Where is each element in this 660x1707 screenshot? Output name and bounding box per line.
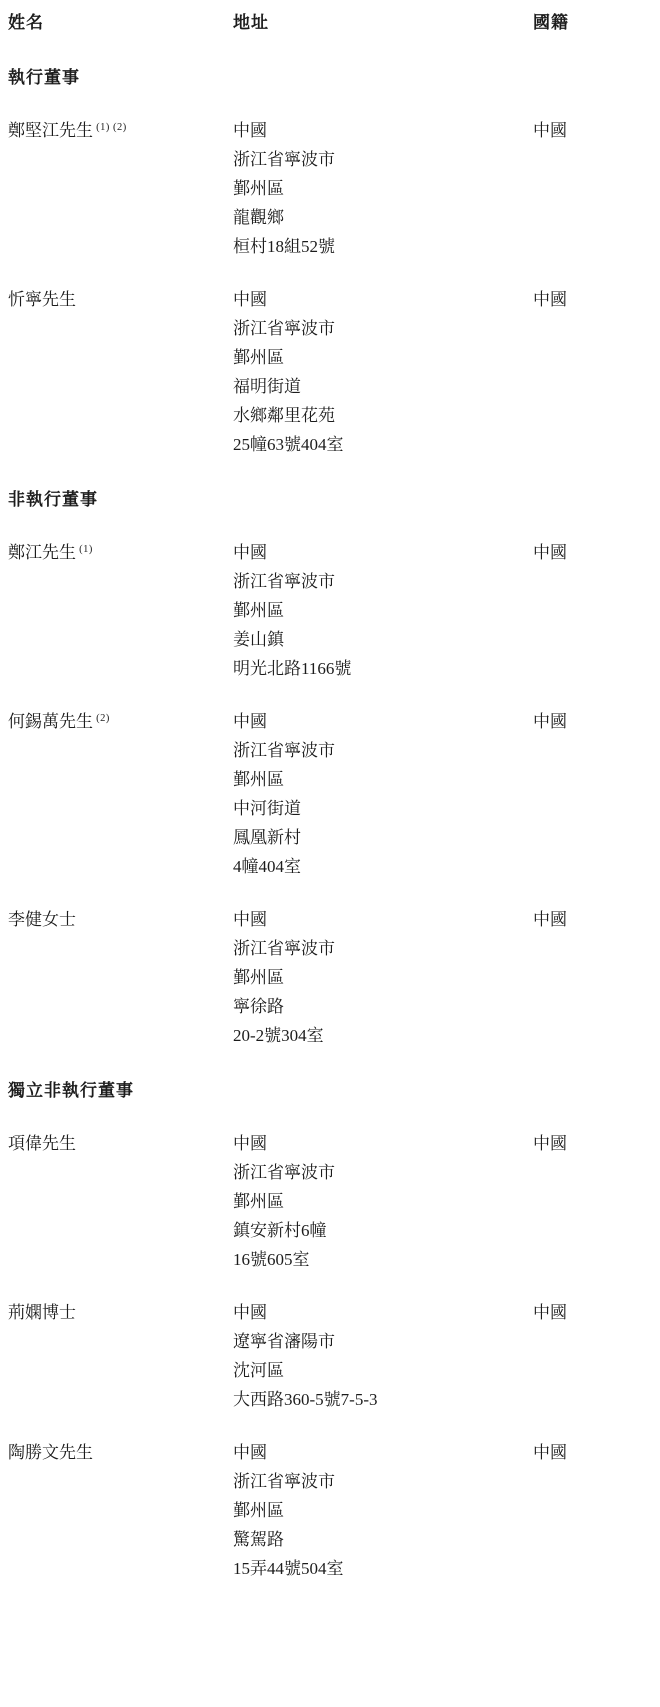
director-address-line: 中國: [233, 116, 533, 145]
director-address-line: 鳳凰新村: [233, 823, 533, 852]
director-address-line: 20-2號304室: [233, 1021, 533, 1050]
director-address: 中國浙江省寧波市鄞州區龍觀鄉桓村18組52號: [233, 116, 533, 261]
director-address-line: 鄞州區: [233, 1187, 533, 1216]
director-address-line: 龍觀鄉: [233, 203, 533, 232]
director-address-line: 驚駕路: [233, 1525, 533, 1554]
director-footnote-marker: (2): [93, 713, 110, 724]
director-address-line: 15弄44號504室: [233, 1554, 533, 1583]
director-address-line: 明光北路1166號: [233, 654, 533, 683]
director-name-text: 忻寧先生: [8, 290, 76, 309]
director-nationality: 中國: [533, 1129, 660, 1274]
director-address-line: 遼寧省瀋陽市: [233, 1327, 533, 1356]
director-row: 忻寧先生中國浙江省寧波市鄞州區福明街道水鄉鄰里花苑25幢63號404室中國: [0, 285, 660, 459]
director-name-text: 鄭江先生: [8, 543, 76, 562]
director-nationality: 中國: [533, 1438, 660, 1583]
director-name-text: 鄭堅江先生: [8, 121, 93, 140]
director-name: 鄭堅江先生 (1) (2): [8, 116, 233, 261]
director-address-line: 浙江省寧波市: [233, 934, 533, 963]
director-address-line: 浙江省寧波市: [233, 567, 533, 596]
section-title: 執行董事: [0, 63, 660, 92]
director-address-line: 鄞州區: [233, 174, 533, 203]
director-nationality: 中國: [533, 905, 660, 1050]
column-header-address: 地址: [233, 8, 533, 37]
director-address-line: 中河街道: [233, 794, 533, 823]
director-address: 中國浙江省寧波市鄞州區福明街道水鄉鄰里花苑25幢63號404室: [233, 285, 533, 459]
director-address-line: 沈河區: [233, 1356, 533, 1385]
director-address-line: 鄞州區: [233, 596, 533, 625]
director-footnote-marker: (1) (2): [93, 122, 127, 133]
director-row: 李健女士中國浙江省寧波市鄞州區寧徐路20-2號304室中國: [0, 905, 660, 1050]
director-address: 中國浙江省寧波市鄞州區中河街道鳳凰新村4幢404室: [233, 707, 533, 881]
director-address-line: 中國: [233, 1129, 533, 1158]
director-address-line: 4幢404室: [233, 852, 533, 881]
director-name: 何錫萬先生 (2): [8, 707, 233, 881]
director-address-line: 姜山鎮: [233, 625, 533, 654]
director-footnote-marker: (1): [76, 544, 93, 555]
director-address: 中國浙江省寧波市鄞州區寧徐路20-2號304室: [233, 905, 533, 1050]
director-address-line: 25幢63號404室: [233, 430, 533, 459]
director-address: 中國浙江省寧波市鄞州區驚駕路15弄44號504室: [233, 1438, 533, 1583]
director-address-line: 鄞州區: [233, 963, 533, 992]
director-row: 陶勝文先生中國浙江省寧波市鄞州區驚駕路15弄44號504室中國: [0, 1438, 660, 1583]
director-row: 項偉先生中國浙江省寧波市鄞州區鎮安新村6幢16號605室中國: [0, 1129, 660, 1274]
section-title: 非執行董事: [0, 485, 660, 514]
director-address-line: 浙江省寧波市: [233, 145, 533, 174]
director-address-line: 浙江省寧波市: [233, 1467, 533, 1496]
director-nationality: 中國: [533, 707, 660, 881]
director-nationality: 中國: [533, 116, 660, 261]
director-row: 鄭江先生 (1)中國浙江省寧波市鄞州區姜山鎮明光北路1166號中國: [0, 538, 660, 683]
director-address-line: 中國: [233, 285, 533, 314]
director-nationality: 中國: [533, 285, 660, 459]
director-address-line: 中國: [233, 1438, 533, 1467]
director-address-line: 鄞州區: [233, 765, 533, 794]
director-name-text: 李健女士: [8, 910, 76, 929]
director-address-line: 大西路360-5號7-5-3: [233, 1385, 533, 1414]
director-address-line: 浙江省寧波市: [233, 314, 533, 343]
director-address-line: 浙江省寧波市: [233, 736, 533, 765]
director-address-line: 鎮安新村6幢: [233, 1216, 533, 1245]
director-row: 鄭堅江先生 (1) (2)中國浙江省寧波市鄞州區龍觀鄉桓村18組52號中國: [0, 116, 660, 261]
director-address-line: 中國: [233, 905, 533, 934]
director-row: 何錫萬先生 (2)中國浙江省寧波市鄞州區中河街道鳳凰新村4幢404室中國: [0, 707, 660, 881]
section-title: 獨立非執行董事: [0, 1076, 660, 1105]
director-name: 項偉先生: [8, 1129, 233, 1274]
director-name: 荊嫻博士: [8, 1298, 233, 1414]
director-address: 中國浙江省寧波市鄞州區鎮安新村6幢16號605室: [233, 1129, 533, 1274]
table-header-row: 姓名 地址 國籍: [0, 8, 660, 37]
director-name-text: 陶勝文先生: [8, 1443, 93, 1462]
director-address-line: 鄞州區: [233, 1496, 533, 1525]
director-name-text: 何錫萬先生: [8, 712, 93, 731]
director-address-line: 寧徐路: [233, 992, 533, 1021]
director-address-line: 鄞州區: [233, 343, 533, 372]
director-name: 李健女士: [8, 905, 233, 1050]
director-name: 鄭江先生 (1): [8, 538, 233, 683]
director-nationality: 中國: [533, 1298, 660, 1414]
director-name: 忻寧先生: [8, 285, 233, 459]
director-name: 陶勝文先生: [8, 1438, 233, 1583]
director-address-line: 16號605室: [233, 1245, 533, 1274]
column-header-nationality: 國籍: [533, 8, 660, 37]
director-address-line: 中國: [233, 538, 533, 567]
director-address: 中國遼寧省瀋陽市沈河區大西路360-5號7-5-3: [233, 1298, 533, 1414]
director-sections: 執行董事鄭堅江先生 (1) (2)中國浙江省寧波市鄞州區龍觀鄉桓村18組52號中…: [0, 63, 660, 1583]
director-address-line: 中國: [233, 1298, 533, 1327]
director-row: 荊嫻博士中國遼寧省瀋陽市沈河區大西路360-5號7-5-3中國: [0, 1298, 660, 1414]
director-address-line: 浙江省寧波市: [233, 1158, 533, 1187]
director-nationality: 中國: [533, 538, 660, 683]
column-header-name: 姓名: [8, 8, 233, 37]
director-address-line: 中國: [233, 707, 533, 736]
director-name-text: 項偉先生: [8, 1134, 76, 1153]
director-address: 中國浙江省寧波市鄞州區姜山鎮明光北路1166號: [233, 538, 533, 683]
director-address-line: 桓村18組52號: [233, 232, 533, 261]
director-name-text: 荊嫻博士: [8, 1303, 76, 1322]
directors-page: 姓名 地址 國籍 執行董事鄭堅江先生 (1) (2)中國浙江省寧波市鄞州區龍觀鄉…: [0, 0, 660, 1707]
director-address-line: 福明街道: [233, 372, 533, 401]
director-address-line: 水鄉鄰里花苑: [233, 401, 533, 430]
